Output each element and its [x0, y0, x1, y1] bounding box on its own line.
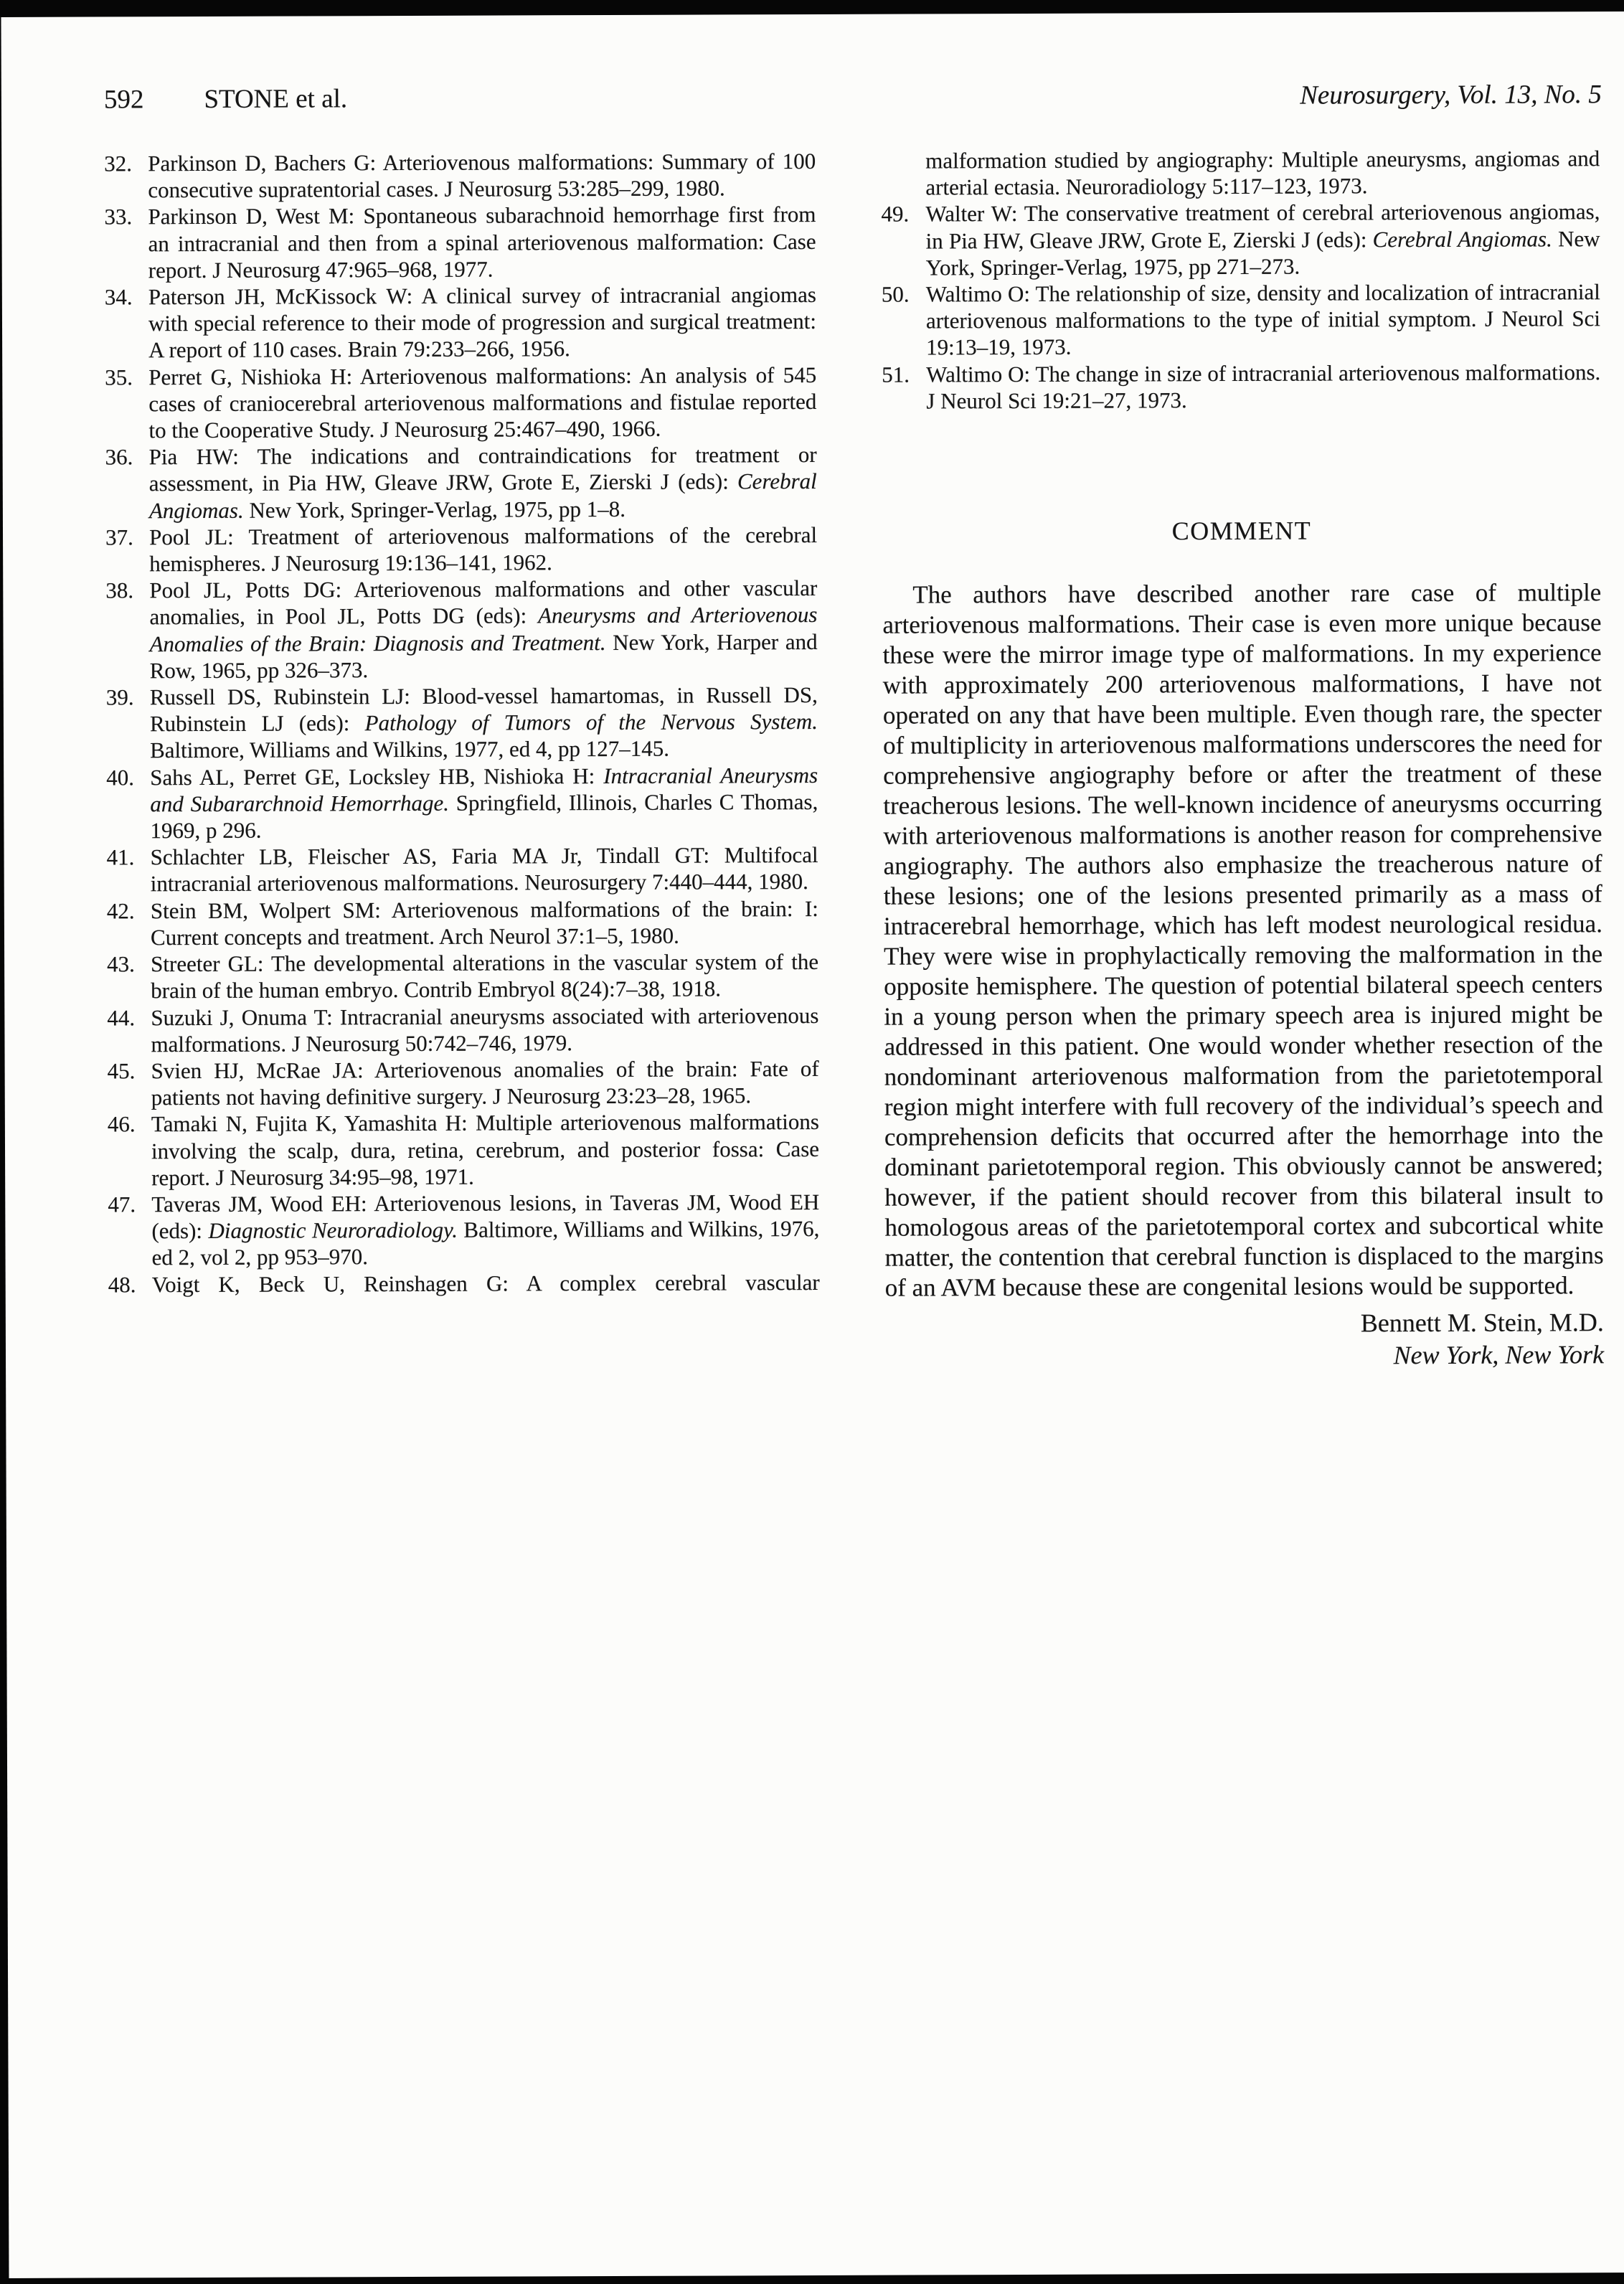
reference-text: Tamaki N, Fujita K, Yamashita H: Multipl…	[151, 1109, 819, 1190]
reference-text: Waltimo O: The relationship of size, den…	[926, 279, 1600, 360]
reference-text: Taveras JM, Wood EH: Arteriovenous lesio…	[151, 1189, 819, 1270]
signature-block: Bennett M. Stein, M.D. New York, New Yor…	[885, 1306, 1604, 1373]
reference-44: 44.Suzuki J, Onuma T: Intracranial aneur…	[107, 1001, 818, 1057]
reference-46: 46.Tamaki N, Fujita K, Yamashita H: Mult…	[108, 1108, 819, 1191]
reference-38: 38.Pool JL, Potts DG: Arteriovenous malf…	[105, 575, 818, 684]
reference-39: 39.Russell DS, Rubinstein LJ: Blood-vess…	[106, 681, 818, 764]
reference-35: 35.Perret G, Nishioka H: Arteriovenous m…	[105, 362, 816, 444]
reference-number: 48.	[108, 1271, 136, 1298]
comment-heading: COMMENT	[882, 514, 1601, 547]
page-header: 592STONE et al. Neurosurgery, Vol. 13, N…	[104, 80, 1602, 114]
reference-number: 41.	[107, 844, 135, 871]
reference-number: 50.	[882, 281, 910, 308]
reference-32: 32.Parkinson D, Bachers G: Arteriovenous…	[104, 148, 816, 204]
reference-text: Pool JL, Potts DG: Arteriovenous malform…	[149, 575, 817, 683]
running-authors: STONE et al.	[204, 84, 347, 114]
reference-text: Russell DS, Rubinstein LJ: Blood-vessel …	[150, 682, 818, 763]
reference-text: Streeter GL: The developmental alteratio…	[151, 949, 818, 1003]
comment-body: The authors have described another rare …	[882, 577, 1604, 1303]
reference-34: 34.Paterson JH, McKissock W: A clinical …	[105, 281, 816, 364]
right-column: malformation studied by angiography: Mul…	[881, 145, 1604, 1374]
reference-51: 51.Waltimo O: The change in size of intr…	[882, 359, 1600, 415]
right-column-references: malformation studied by angiography: Mul…	[881, 145, 1600, 415]
reference-text: Svien HJ, McRae JA: Arteriovenous anomal…	[151, 1056, 819, 1110]
reference-number: 51.	[882, 361, 910, 387]
reference-text: Waltimo O: The change in size of intracr…	[926, 359, 1600, 413]
reference-text: Paterson JH, McKissock W: A clinical sur…	[148, 282, 816, 363]
reference-number: 47.	[108, 1191, 136, 1217]
reference-33: 33.Parkinson D, West M: Spontaneous suba…	[104, 201, 816, 283]
reference-number: 36.	[105, 444, 133, 471]
reference-text: Voigt K, Beck U, Reinshagen G: A complex…	[152, 1270, 820, 1297]
reference-number: 42.	[107, 897, 135, 924]
page-number: 592	[104, 85, 144, 114]
reference-42: 42.Stein BM, Wolpert SM: Arteriovenous m…	[107, 895, 818, 951]
reference-41: 41.Schlachter LB, Fleischer AS, Faria MA…	[107, 841, 818, 897]
reference-number: 37.	[105, 524, 133, 550]
running-head-journal: Neurosurgery, Vol. 13, No. 5	[1300, 80, 1602, 110]
reference-47: 47.Taveras JM, Wood EH: Arteriovenous le…	[108, 1189, 819, 1271]
reference-continuation: malformation studied by angiography: Mul…	[881, 145, 1600, 201]
reference-number: 34.	[105, 283, 133, 310]
reference-number: 46.	[108, 1111, 136, 1138]
reference-36: 36.Pia HW: The indications and contraind…	[105, 441, 817, 524]
reference-number: 43.	[107, 950, 135, 977]
reference-37: 37.Pool JL: Treatment of arteriovenous m…	[105, 522, 817, 577]
reference-number: 40.	[106, 764, 134, 791]
reference-48: 48.Voigt K, Beck U, Reinshagen G: A comp…	[108, 1269, 820, 1298]
running-head-left: 592STONE et al.	[104, 85, 347, 114]
reference-number: 35.	[105, 364, 133, 390]
reference-text: Stein BM, Wolpert SM: Arteriovenous malf…	[151, 896, 818, 950]
signature-location: New York, New York	[885, 1339, 1604, 1373]
reference-49: 49.Walter W: The conservative treatment …	[881, 199, 1600, 281]
reference-number: 49.	[881, 201, 909, 227]
reference-text: Pia HW: The indications and contraindica…	[149, 442, 817, 523]
reference-40: 40.Sahs AL, Perret GE, Locksley HB, Nish…	[106, 762, 818, 844]
reference-50: 50.Waltimo O: The relationship of size, …	[882, 278, 1600, 361]
reference-number: 39.	[106, 684, 134, 710]
reference-text: Sahs AL, Perret GE, Locksley HB, Nishiok…	[150, 763, 818, 844]
reference-text: Perret G, Nishioka H: Arteriovenous malf…	[148, 362, 816, 443]
reference-43: 43.Streeter GL: The developmental altera…	[107, 948, 818, 1004]
reference-number: 44.	[107, 1004, 135, 1031]
reference-number: 38.	[105, 577, 133, 604]
reference-number: 32.	[104, 150, 132, 176]
reference-text: Parkinson D, Bachers G: Arteriovenous ma…	[148, 148, 816, 202]
reference-number: 33.	[104, 204, 132, 230]
reference-number: 45.	[108, 1057, 136, 1084]
left-column-references: 32.Parkinson D, Bachers G: Arteriovenous…	[104, 148, 820, 1298]
reference-text: Schlachter LB, Fleischer AS, Faria MA Jr…	[151, 842, 818, 896]
comment-section: COMMENT The authors have described anoth…	[882, 514, 1604, 1373]
reference-45: 45.Svien HJ, McRae JA: Arteriovenous ano…	[108, 1055, 819, 1111]
signature-name: Bennett M. Stein, M.D.	[885, 1306, 1604, 1341]
reference-text: Parkinson D, West M: Spontaneous subarac…	[148, 202, 816, 283]
scanned-journal-page: 592STONE et al. Neurosurgery, Vol. 13, N…	[1, 11, 1624, 2278]
reference-text: Suzuki J, Onuma T: Intracranial aneurysm…	[151, 1002, 818, 1056]
reference-text: Walter W: The conservative treatment of …	[925, 199, 1600, 280]
reference-text: malformation studied by angiography: Mul…	[925, 146, 1600, 199]
reference-text: Pool JL: Treatment of arteriovenous malf…	[149, 522, 817, 576]
